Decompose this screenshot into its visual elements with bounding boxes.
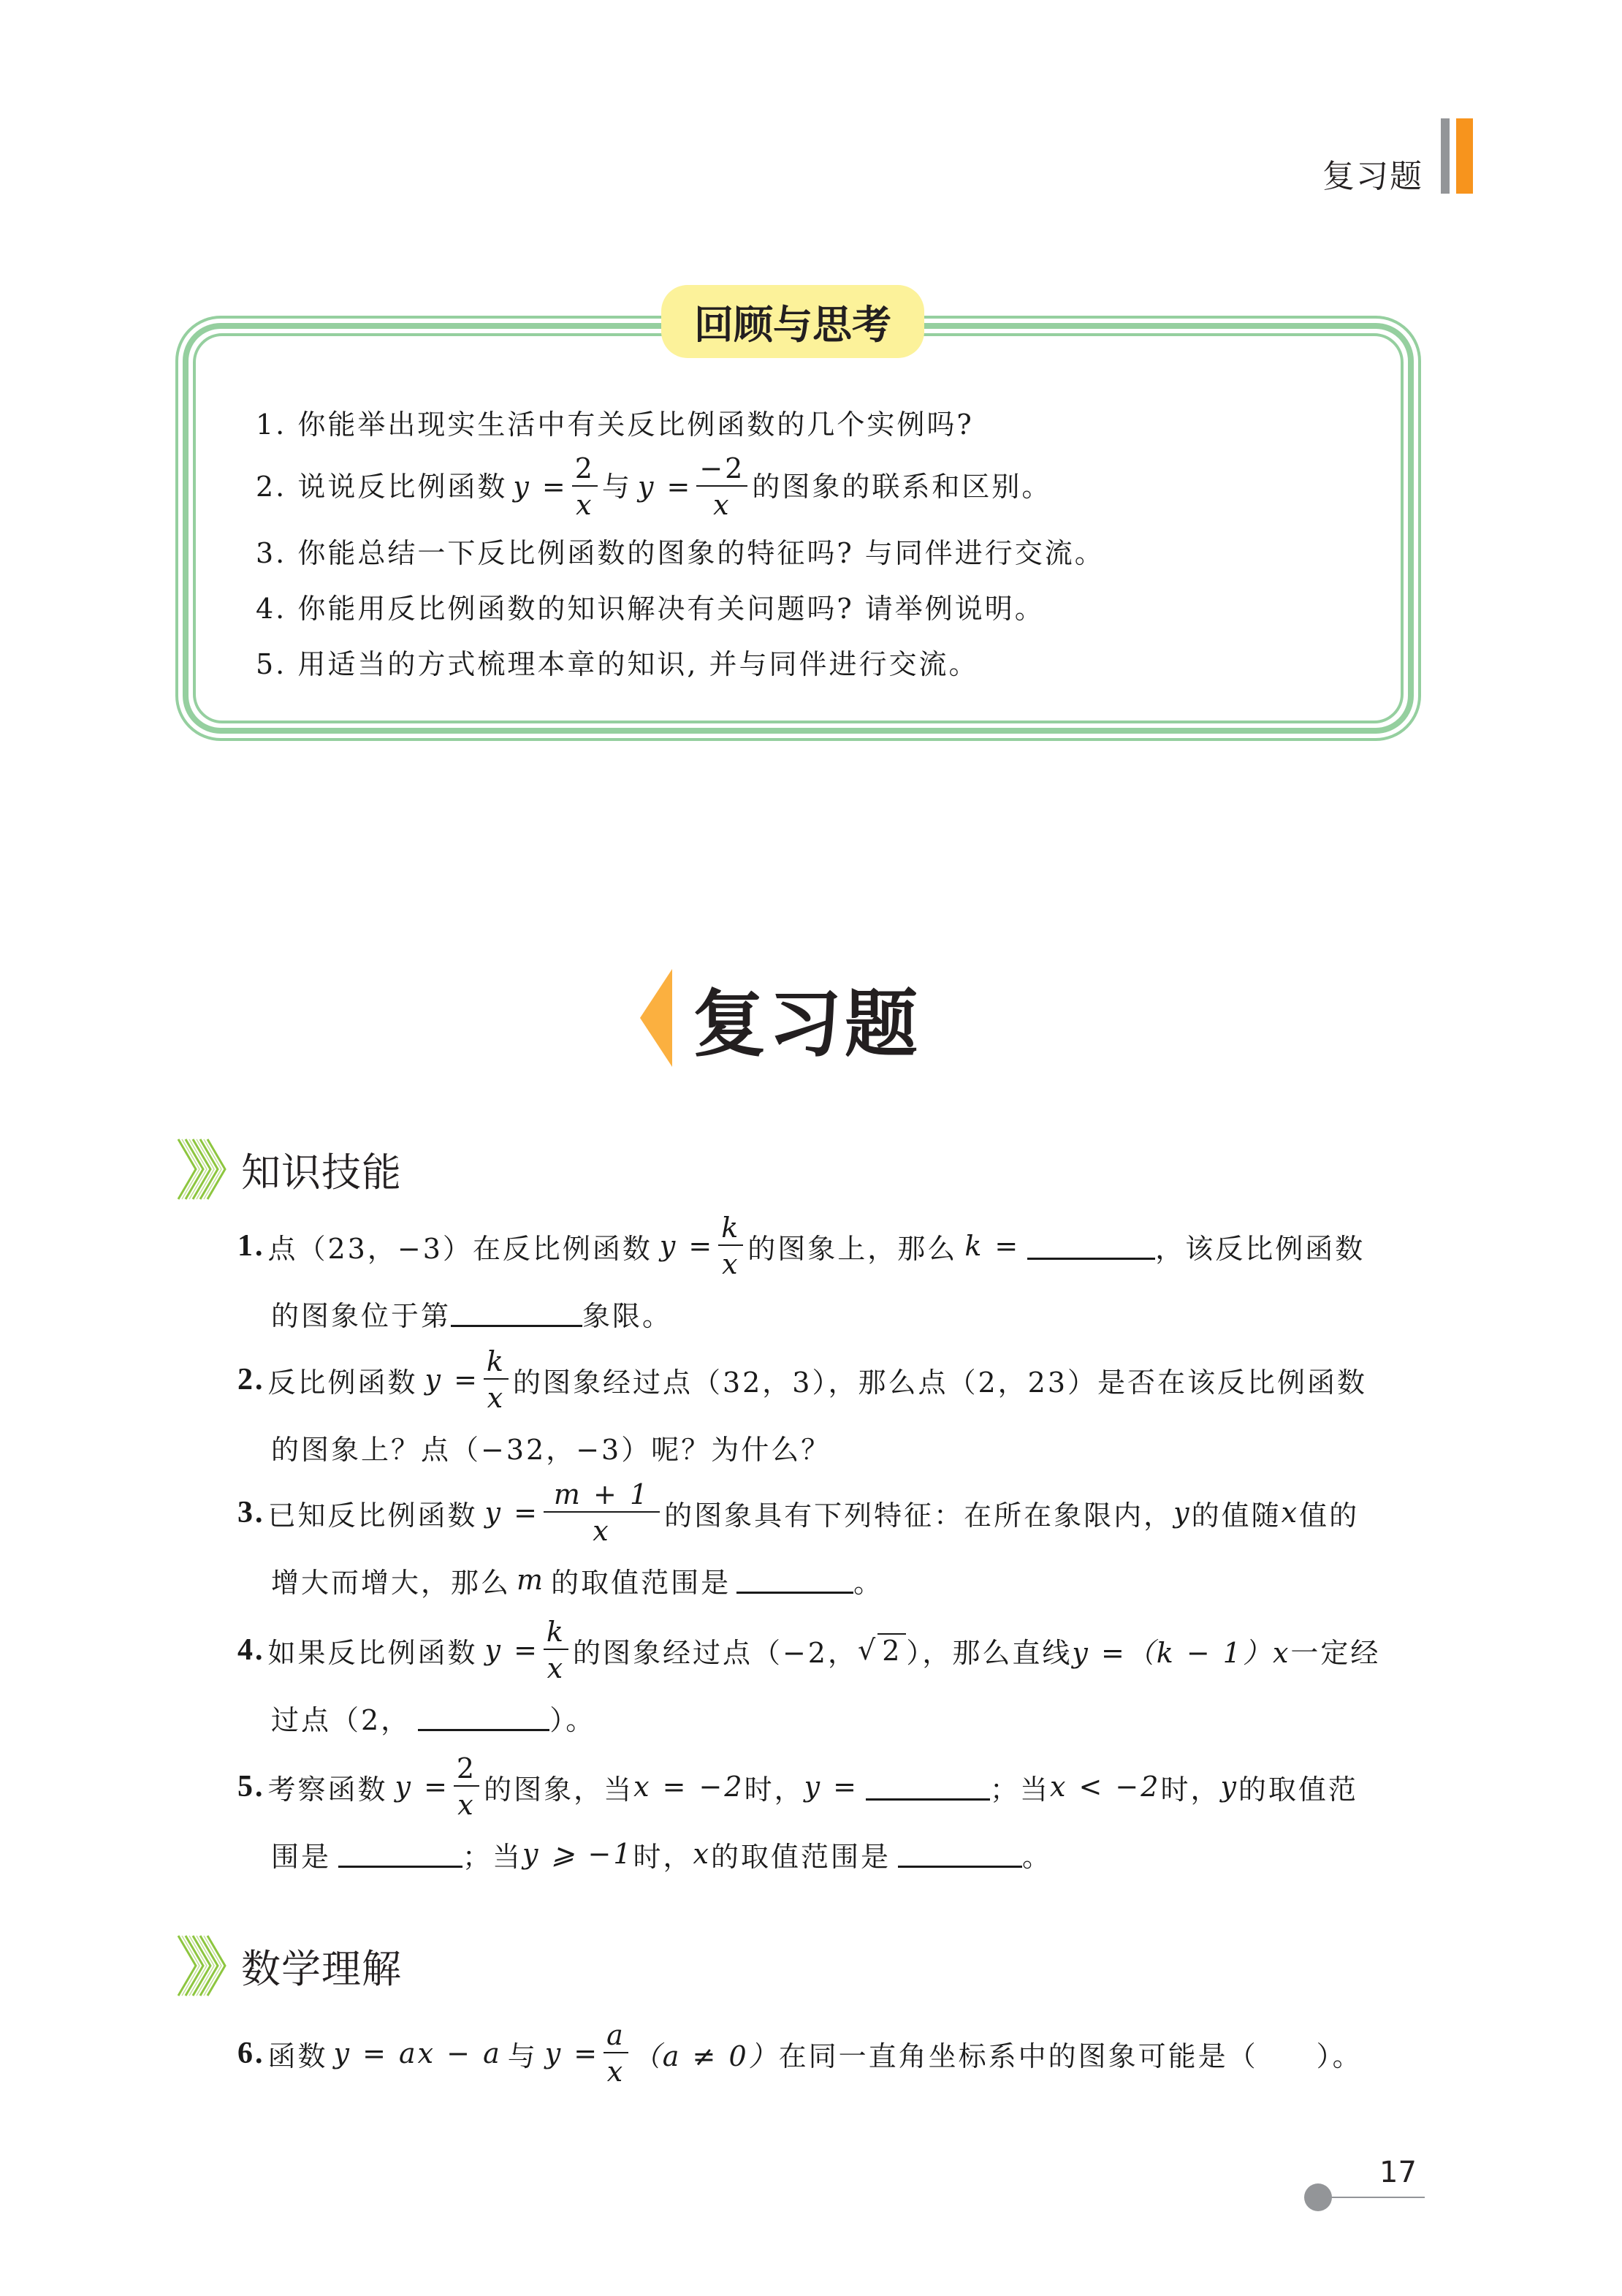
math-lhs: y = (425, 1364, 479, 1396)
sqrt-icon: √ (858, 1634, 877, 1666)
math-lhs: y = (485, 1634, 539, 1666)
chapter-title-block: 复习题 (640, 965, 921, 1071)
problem-text: 的取值范围是 (551, 1560, 731, 1600)
problem-number: 1. (237, 1228, 265, 1263)
fraction-numerator: m + 1 (544, 1480, 660, 1513)
fraction-neg2-over-x: −2 x (696, 455, 747, 519)
fraction-numerator: k (718, 1214, 743, 1246)
page-dot-icon (1304, 2183, 1332, 2211)
problem-text: 时， (745, 1767, 804, 1807)
problem-text: ，该反比例函数 (1155, 1226, 1365, 1266)
math-expression: y = (804, 1771, 858, 1803)
problem-text: 函数 (268, 2034, 328, 2074)
problem-2-line-2: 的图象上？点（−32，−3）呢？为什么？ (271, 1418, 831, 1476)
page-number: 17 (1379, 2156, 1417, 2189)
problem-text: ；当 (990, 1767, 1050, 1807)
problem-text: 。 (1022, 1834, 1052, 1874)
review-question-3: 3. 你能总结一下反比例函数的图象的特征吗? 与同伴进行交流。 (256, 539, 1105, 567)
fraction-denominator: x (487, 1380, 505, 1412)
math-lhs: y = (660, 1230, 714, 1262)
review-question-1: 1. 你能举出现实生活中有关反比例函数的几个实例吗? (256, 411, 974, 438)
problem-text: 时， (633, 1834, 693, 1874)
math-variable: x (693, 1838, 711, 1870)
orange-triangle-marker-icon (640, 969, 672, 1067)
review-q2-mid: 与 (602, 473, 632, 501)
problem-number: 6. (237, 2036, 265, 2071)
page-number-rule (1322, 2197, 1425, 2198)
problem-text: 的图象位于第 (271, 1293, 451, 1334)
fraction-k-over-x: k x (484, 1347, 509, 1412)
math-lhs: y = (513, 473, 567, 501)
problem-5-line-2: 围是 ；当 y ⩾ −1 时， x 的取值范围是 。 (271, 1825, 1052, 1883)
fraction-denominator: x (722, 1246, 739, 1278)
math-expression: y ⩾ −1 (522, 1838, 633, 1870)
problem-text: 与 (508, 2034, 538, 2074)
sqrt-argument: 2 (877, 1633, 906, 1667)
fraction-numerator: a (604, 2021, 628, 2053)
problem-text: 已知反比例函数 (268, 1493, 478, 1533)
problem-text: ），那么直线 (906, 1630, 1072, 1670)
problem-number: 5. (237, 1769, 265, 1804)
problem-2-line-1: 2. 反比例函数 y = k x 的图象经过点（32，3），那么点（2，23）是… (237, 1350, 1367, 1409)
math-variable: y (1173, 1497, 1191, 1529)
problem-number: 4. (237, 1632, 265, 1668)
problem-text: 的值随 (1192, 1493, 1282, 1533)
problem-text: 的取值范 (1238, 1767, 1358, 1807)
fraction-denominator: x (576, 487, 593, 519)
fraction-denominator: x (607, 2053, 625, 2086)
problem-number: 2. (237, 1362, 265, 1397)
problem-text: 围是 (271, 1834, 331, 1874)
math-lhs: y = (485, 1497, 539, 1529)
fraction-2-over-x: 2 x (454, 1755, 479, 1819)
problem-3-line-2: 增大而增大，那么 m 的取值范围是 。 (271, 1551, 883, 1609)
section-heading-math-understanding: 数学理解 (174, 1933, 402, 1999)
fraction-numerator: k (544, 1618, 568, 1650)
problem-1-line-2: 的图象位于第 象限。 (271, 1284, 672, 1342)
problem-3-line-1: 3. 已知反比例函数 y = m + 1 x 的图象具有下列特征：在所在象限内，… (237, 1483, 1359, 1542)
math-lhs: y = (395, 1771, 449, 1803)
problem-5-line-1: 5. 考察函数 y = 2 x 的图象，当 x = −2 时， y = ；当 x… (237, 1757, 1358, 1816)
problem-text: 象限。 (582, 1293, 672, 1334)
problem-text: 一定经 (1290, 1630, 1380, 1670)
section-title: 数学理解 (241, 1938, 402, 1994)
review-q2-suffix: 的图象的联系和区别。 (752, 473, 1051, 501)
review-question-2: 2. 说说反比例函数 y = 2 x 与 y = −2 x 的图象的联系和区别。 (256, 455, 1051, 519)
math-variable: m (517, 1564, 545, 1596)
answer-blank-point-y[interactable] (418, 1704, 549, 1731)
fraction-denominator: x (713, 487, 731, 519)
problem-text: 时， (1160, 1767, 1220, 1807)
header-bar-orange (1456, 118, 1473, 194)
problem-text: 的图象具有下列特征：在所在象限内， (664, 1493, 1173, 1533)
fraction-numerator: 2 (454, 1755, 479, 1787)
review-q2-prefix: 2. 说说反比例函数 (256, 473, 507, 501)
problem-text: 在同一直角坐标系中的图象可能是（ (779, 2034, 1258, 2074)
problem-text: 的图象，当 (484, 1767, 633, 1807)
fraction-numerator: k (484, 1347, 509, 1380)
problem-text: 点（23，−3）在反比例函数 (268, 1226, 652, 1266)
fraction-m-plus-1-over-x: m + 1 x (544, 1480, 660, 1545)
review-reflection-box: 回顾与思考 1. 你能举出现实生活中有关反比例函数的几个实例吗? 2. 说说反比… (175, 316, 1421, 741)
problem-text: 的图象经过点（32，3），那么点（2，23）是否在该反比例函数 (513, 1360, 1367, 1400)
problem-4-line-2: 过点（2， ）。 (271, 1688, 595, 1746)
problem-text: ）。 (1317, 2034, 1363, 2074)
answer-blank-k[interactable] (1027, 1233, 1155, 1260)
answer-blank-quadrant[interactable] (451, 1300, 582, 1327)
math-expression: x = −2 (633, 1771, 744, 1803)
section-title: 知识技能 (241, 1141, 402, 1198)
section-heading-knowledge-skills: 知识技能 (174, 1136, 402, 1202)
math-lhs: y = (545, 2037, 599, 2069)
problem-text: 的图象上，那么 (747, 1226, 957, 1266)
problem-text: 增大而增大，那么 (271, 1560, 511, 1600)
problem-text: 如果反比例函数 (268, 1630, 478, 1670)
math-expression: y =（k − 1）x (1072, 1630, 1290, 1670)
fraction-denominator: x (457, 1787, 475, 1819)
answer-blank-y-value[interactable] (866, 1774, 990, 1801)
math-variable: x (1282, 1497, 1299, 1529)
fraction-2-over-x: 2 x (572, 455, 598, 519)
green-chevrons-icon (174, 1933, 232, 1999)
review-question-4: 4. 你能用反比例函数的知识解决有关问题吗? 请举例说明。 (256, 595, 1045, 623)
math-expression: x < −2 (1050, 1771, 1160, 1803)
math-expression: k = (964, 1230, 1020, 1262)
problem-text: 值的 (1299, 1493, 1359, 1533)
answer-blank-y-range[interactable] (338, 1841, 462, 1868)
green-chevrons-icon (174, 1136, 232, 1202)
problem-text: ）。 (549, 1698, 595, 1738)
problem-text: 。 (853, 1560, 883, 1600)
header-bar-gray (1441, 118, 1450, 194)
fraction-k-over-x: k x (718, 1214, 743, 1278)
problem-6-line-1: 6. 函数 y = ax − a 与 y = a x （a ≠ 0） 在同一直角… (237, 2024, 1363, 2083)
fraction-denominator: x (547, 1650, 565, 1682)
answer-blank-m-range[interactable] (736, 1567, 853, 1594)
math-lhs: y = (638, 473, 692, 501)
problem-text: 的图象经过点（−2， (573, 1630, 858, 1670)
fraction-numerator: −2 (696, 455, 747, 487)
problem-text: 考察函数 (268, 1767, 388, 1807)
fraction-numerator: 2 (572, 455, 598, 487)
math-expression: （a ≠ 0） (633, 2034, 779, 2074)
review-question-5: 5. 用适当的方式梳理本章的知识, 并与同伴进行交流。 (256, 650, 979, 678)
fraction-a-over-x: a x (604, 2021, 628, 2086)
math-expression: y = ax − a (334, 2037, 502, 2069)
fraction-denominator: x (593, 1513, 610, 1545)
problem-1-line-1: 1. 点（23，−3）在反比例函数 y = k x 的图象上，那么 k = ，该… (237, 1217, 1365, 1275)
problem-4-line-1: 4. 如果反比例函数 y = k x 的图象经过点（−2， √2 ），那么直线 … (237, 1621, 1380, 1679)
chapter-title: 复习题 (693, 965, 921, 1071)
math-variable: y (1220, 1771, 1238, 1803)
problem-number: 3. (237, 1495, 265, 1530)
running-header-title: 复习题 (1322, 150, 1423, 197)
answer-blank-x-range[interactable] (898, 1841, 1022, 1868)
problem-text: 反比例函数 (268, 1360, 418, 1400)
fraction-k-over-x: k x (544, 1618, 568, 1682)
problem-text: ；当 (462, 1834, 522, 1874)
problem-text: 过点（2， (271, 1698, 411, 1738)
review-box-title: 回顾与思考 (661, 285, 924, 358)
problem-text: 的取值范围是 (711, 1834, 891, 1874)
